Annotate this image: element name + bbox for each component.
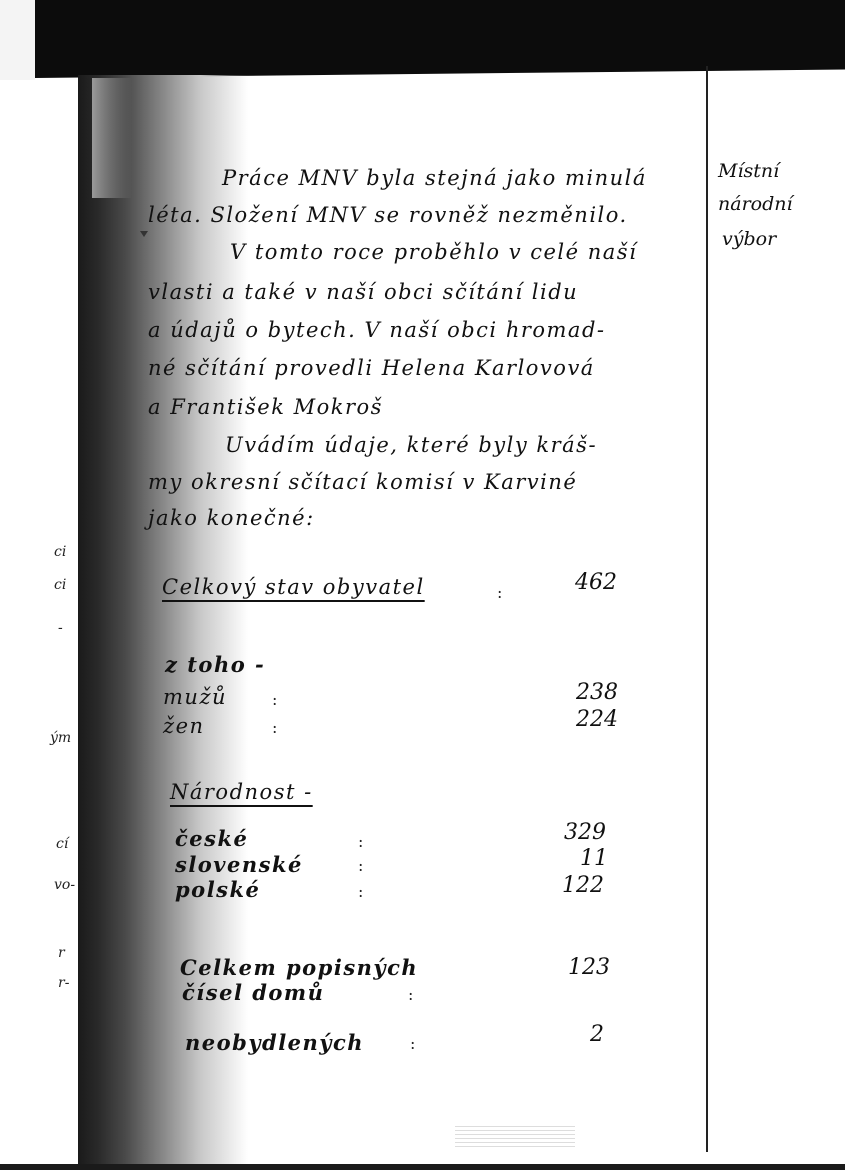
men-label: mužů <box>163 685 227 709</box>
houses-value: 123 <box>568 955 610 980</box>
margin-fragment: ým <box>50 730 71 746</box>
margin-note-line: Místní <box>718 160 779 182</box>
faint-stamp <box>455 1125 575 1147</box>
colon: : <box>410 1034 415 1053</box>
text-line: V tomto roce proběhlo v celé naší <box>230 240 637 264</box>
czech-value: 329 <box>564 820 606 845</box>
text-line: my okresní sčítací komisí v Karviné <box>148 470 577 494</box>
unoccupied-label: neobydlených <box>185 1030 364 1055</box>
text-line: léta. Složení MNV se rovněž nezměnilo. <box>148 203 628 227</box>
total-population-label: Celkový stav obyvatel <box>162 575 505 599</box>
unoccupied-value: 2 <box>590 1022 604 1047</box>
margin-fragment: r- <box>58 975 69 991</box>
polish-value: 122 <box>562 873 604 898</box>
colon: : <box>358 856 363 875</box>
slovak-value: 11 <box>580 846 608 871</box>
men-value: 238 <box>576 680 618 705</box>
text-line: Práce MNV byla stejná jako minulá <box>222 166 647 190</box>
margin-fragment: - <box>58 620 63 636</box>
text-line: né sčítání provedli Helena Karlovová <box>148 356 595 380</box>
margin-fragment: cí <box>56 836 68 852</box>
of-which-label: z toho - <box>165 652 265 677</box>
colon: : <box>408 985 413 1004</box>
slovak-label: slovenské <box>175 852 303 877</box>
scan-top-shadow <box>35 0 845 78</box>
text-line: a údajů o bytech. V naší obci hromad- <box>148 318 606 342</box>
polish-label: polské <box>175 877 260 902</box>
book-gutter-highlight <box>92 78 132 198</box>
colon: : <box>358 832 363 851</box>
total-population-value: 462 <box>575 570 617 595</box>
houses-label-cont: čísel domů <box>182 980 324 1005</box>
book-gutter-shadow <box>78 75 248 1170</box>
text-line: Uvádím údaje, které byly kráš- <box>225 433 597 457</box>
margin-fragment: ci <box>54 544 66 560</box>
colon: : <box>358 882 363 901</box>
nationality-label: Národnost - <box>170 780 323 804</box>
colon: : <box>497 583 502 602</box>
women-label: žen <box>163 714 205 738</box>
houses-label: Celkem popisných <box>180 955 418 980</box>
text-line: vlasti a také v naší obci sčítání lidu <box>148 280 578 304</box>
colon: : <box>272 690 277 709</box>
margin-note-line: výbor <box>722 228 776 250</box>
women-value: 224 <box>576 707 618 732</box>
margin-fragment: vo- <box>54 877 75 893</box>
czech-label: české <box>175 826 248 851</box>
margin-fragment: r <box>58 945 65 961</box>
margin-note-line: národní <box>718 193 793 215</box>
margin-fragment: ci <box>54 577 66 593</box>
colon: : <box>272 718 277 737</box>
text-line: jako konečné: <box>148 506 315 530</box>
text-line: a František Mokroš <box>148 395 383 419</box>
margin-rule-line <box>706 66 708 1152</box>
scan-bottom-edge <box>0 1164 845 1170</box>
scan-edge <box>0 0 35 80</box>
margin-mark <box>140 231 148 237</box>
